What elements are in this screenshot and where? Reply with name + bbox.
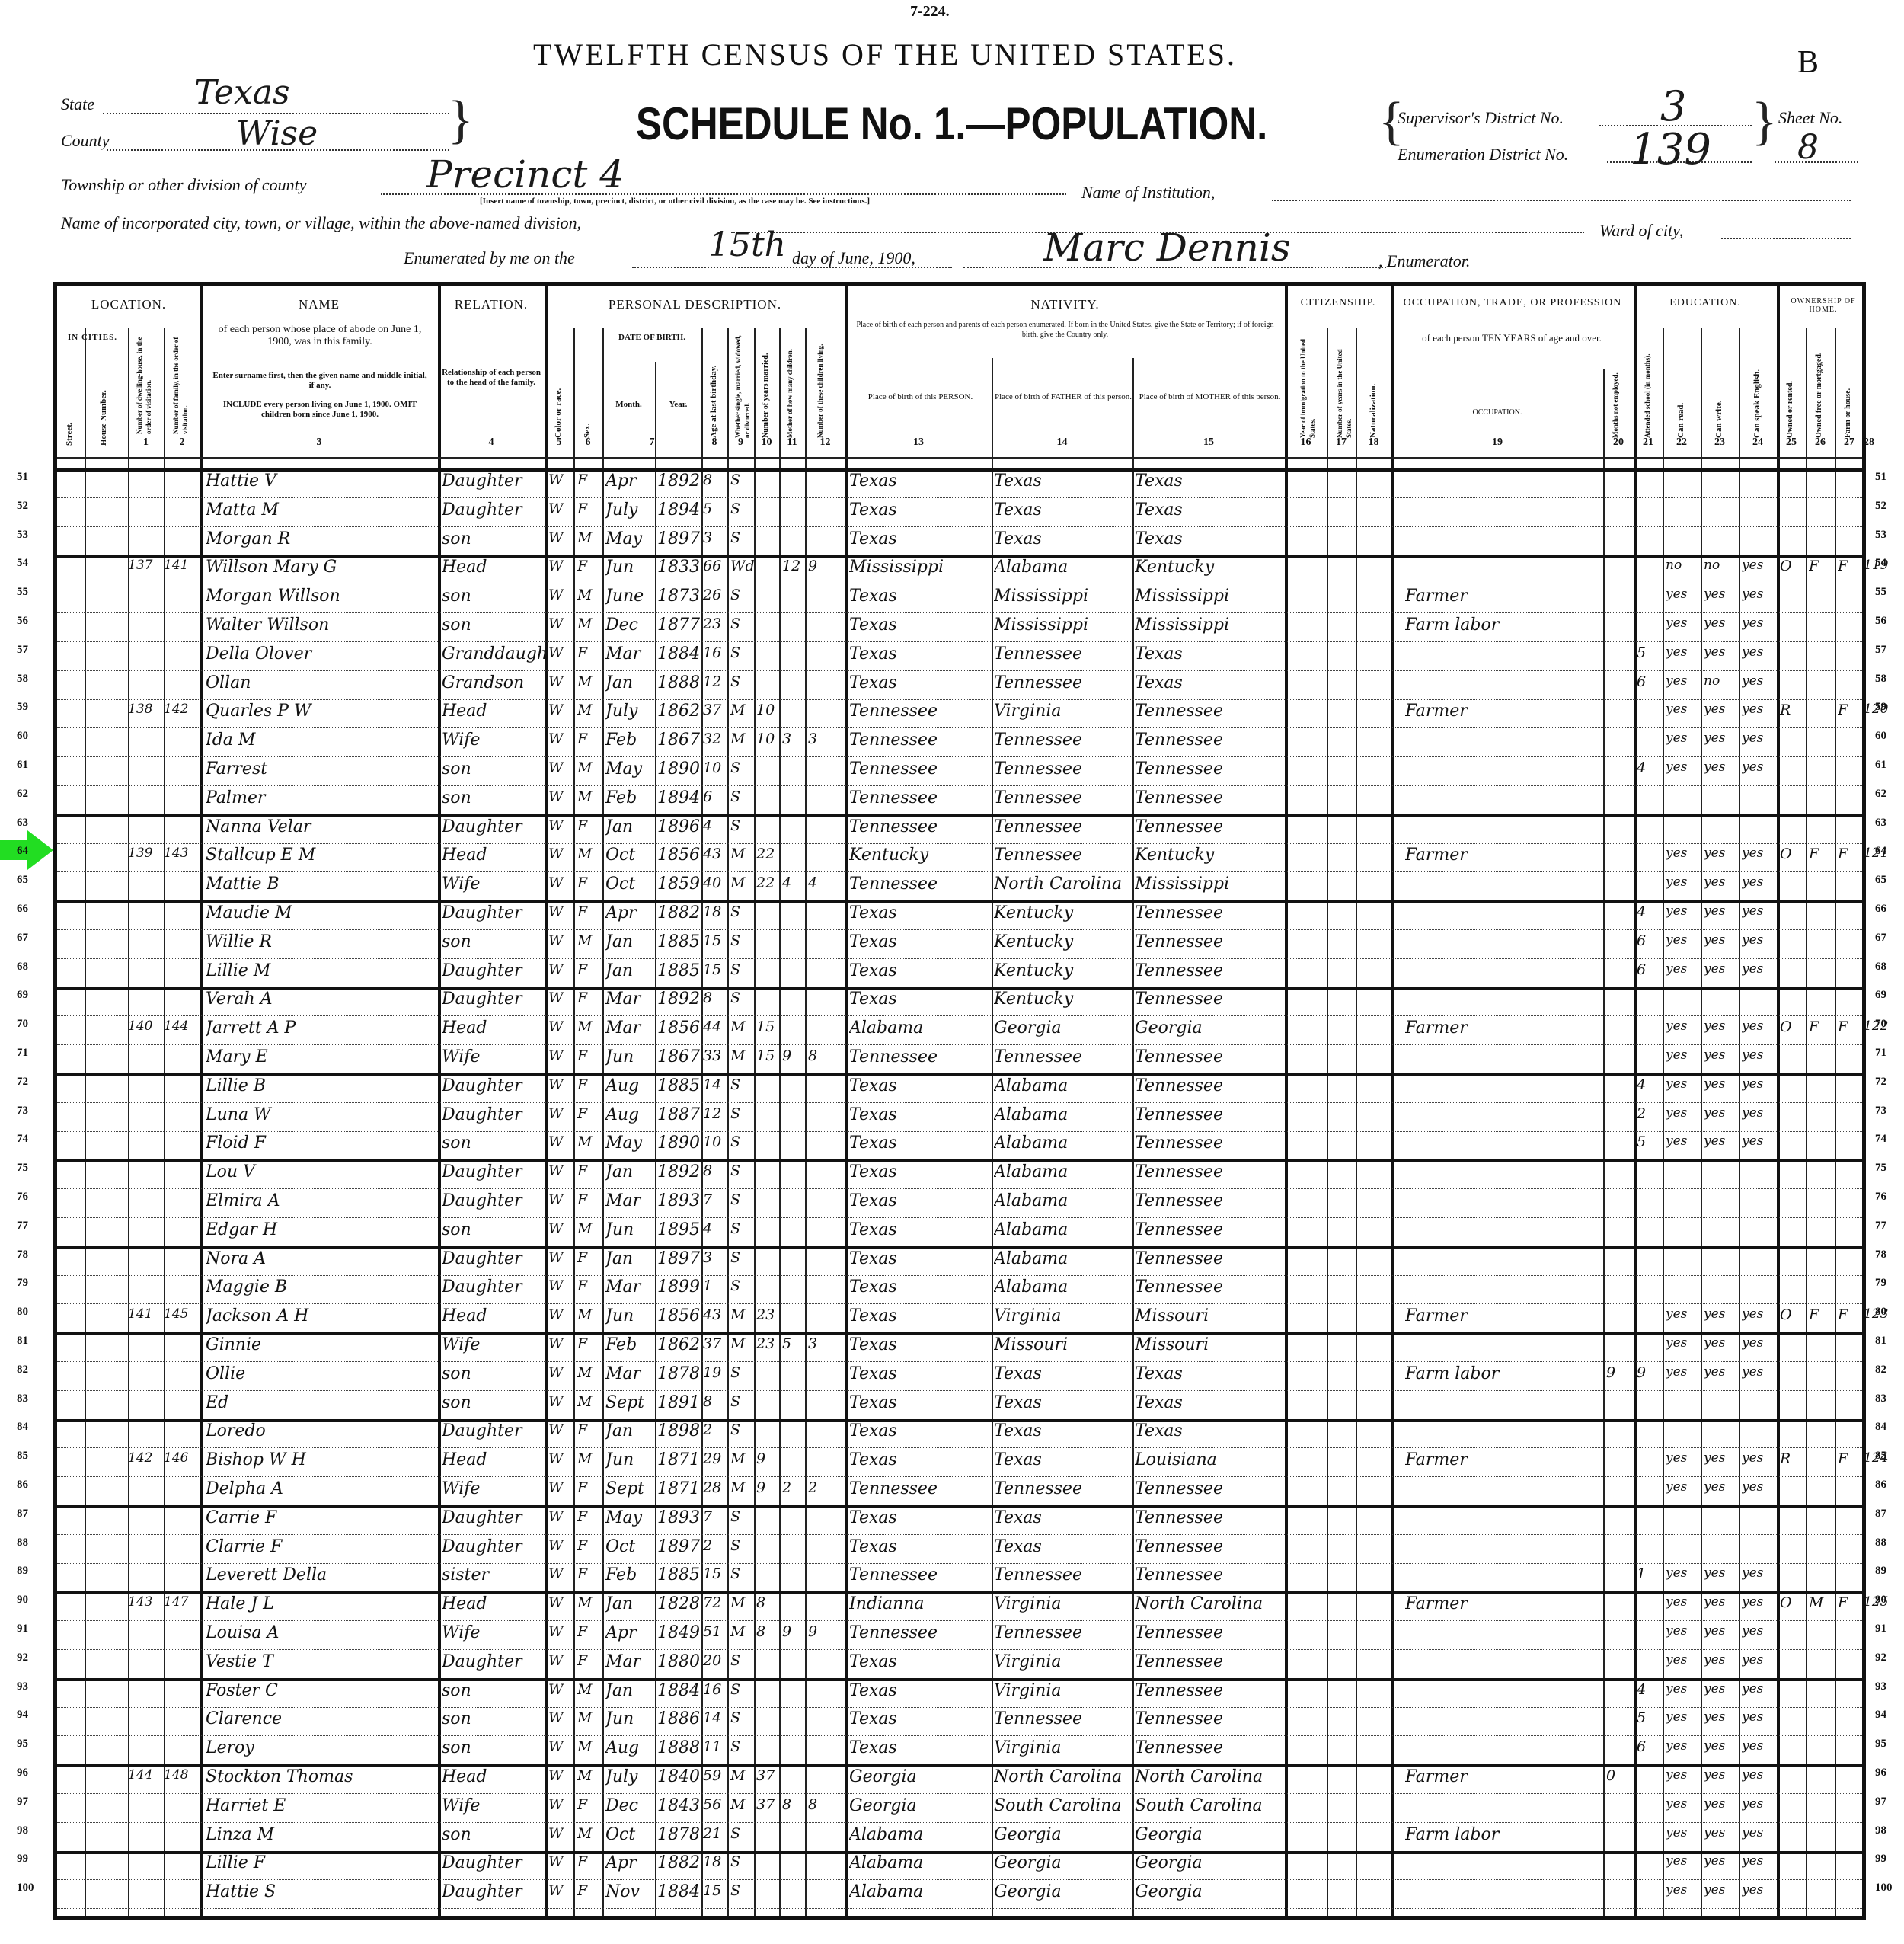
relationship-cell: Daughter <box>442 500 545 520</box>
can-read-cell: yes <box>1666 1825 1701 1840</box>
dwelling-number-cell: 138 <box>128 702 164 717</box>
family-number-cell: 141 <box>164 558 200 573</box>
birth-year-cell: 1892 <box>657 990 701 1009</box>
ed-label: Enumeration District No. <box>1398 145 1568 165</box>
birthplace-father-cell: Virginia <box>994 1738 1132 1757</box>
ward-label: Ward of city, <box>1599 221 1683 241</box>
line-number-left: 83 <box>17 1392 28 1405</box>
birthplace-mother-cell: Tennessee <box>1135 990 1285 1009</box>
farm-or-house-cell: F <box>1838 1594 1864 1611</box>
birth-month-cell: Apr <box>605 472 655 491</box>
table-row: Hattie VDaughterWFApr18928STexasTexasTex… <box>57 468 1862 498</box>
line-number-right: 88 <box>1875 1536 1886 1549</box>
age-cell: 4 <box>703 817 727 834</box>
birthplace-person-cell: Texas <box>849 587 992 606</box>
column-number: 6 <box>573 436 602 449</box>
person-name-cell: Hattie S <box>206 1882 434 1901</box>
farm-or-house-cell: F <box>1838 846 1864 862</box>
birthplace-father-cell: Kentucky <box>994 961 1132 980</box>
dwelling-number-cell: 137 <box>128 558 164 573</box>
birthplace-father-cell: Virginia <box>994 1681 1132 1700</box>
table-row: Maudie MDaughterWFApr188218STexasKentuck… <box>57 900 1862 930</box>
can-write-cell: yes <box>1704 1047 1739 1063</box>
farm-house-heading: Farm or house. <box>1844 369 1853 438</box>
age-cell: 51 <box>703 1623 727 1640</box>
birthplace-person-cell: Texas <box>849 1652 992 1671</box>
age-cell: 15 <box>703 932 727 949</box>
can-write-cell: yes <box>1704 903 1739 919</box>
birthplace-mother-cell: Tennessee <box>1135 731 1285 750</box>
birth-month-cell: Feb <box>605 1565 655 1584</box>
personal-description-heading: PERSONAL DESCRIPTION. <box>545 297 845 312</box>
occupation-cell: Farm labor <box>1405 1364 1603 1383</box>
table-row: Lillie MDaughterWFJan188515STexasKentuck… <box>57 958 1862 990</box>
line-number-left: 71 <box>17 1047 28 1060</box>
person-name-cell: Ida M <box>206 731 434 750</box>
table-row: Nanna VelarDaughterWFJan18964STennesseeT… <box>57 814 1862 844</box>
can-speak-english-cell: yes <box>1742 1479 1777 1495</box>
color-race-cell: W <box>548 1565 573 1582</box>
ed-value: 139 <box>1630 125 1711 174</box>
farm-or-house-cell: F <box>1838 1306 1864 1323</box>
birthplace-mother-cell: Tennessee <box>1135 1537 1285 1556</box>
years-married-cell: 10 <box>756 731 779 747</box>
relationship-cell: Daughter <box>442 990 545 1009</box>
age-cell: 2 <box>703 1421 727 1438</box>
table-row: OllanGrandsonWMJan188812STexasTennesseeT… <box>57 670 1862 700</box>
nativity-subheading: Place of birth of each person and parent… <box>849 320 1281 340</box>
birth-year-cell: 1899 <box>657 1277 701 1297</box>
can-speak-english-cell: yes <box>1742 846 1777 861</box>
birthplace-person-cell: Alabama <box>849 1853 992 1872</box>
sex-heading: Sex. <box>583 408 592 438</box>
table-row: Edgar HsonWMJun18954STexasAlabamaTenness… <box>57 1217 1862 1249</box>
can-read-cell: yes <box>1666 1565 1701 1581</box>
marital-status-cell: S <box>730 990 754 1006</box>
sex-cell: F <box>577 1479 602 1496</box>
line-number-left: 98 <box>17 1824 28 1837</box>
relationship-cell: Grandson <box>442 673 545 692</box>
birth-month-cell: Jun <box>605 1450 655 1469</box>
sex-cell: F <box>577 1162 602 1179</box>
dwelling-number-cell: 143 <box>128 1594 164 1610</box>
years-married-heading: Number of years married. <box>762 331 771 438</box>
line-number-left: 51 <box>17 471 28 484</box>
birth-year-cell: 1880 <box>657 1652 701 1671</box>
birth-month-cell: Jan <box>605 1249 655 1268</box>
relationship-cell: Wife <box>442 1479 545 1498</box>
line-number-left: 89 <box>17 1565 28 1578</box>
owned-free-heading: Owned free or mortgaged. <box>1815 331 1824 438</box>
birthplace-person-cell: Tennessee <box>849 1047 992 1066</box>
occupation-cell: Farmer <box>1405 1767 1603 1786</box>
color-race-cell: W <box>548 1220 573 1237</box>
birthplace-father-cell: Tennessee <box>994 731 1132 750</box>
age-cell: 7 <box>703 1191 727 1208</box>
table-row: 137141Willson Mary GHeadWFJun183366Wd129… <box>57 555 1862 584</box>
line-number-right: 62 <box>1875 788 1886 801</box>
birth-month-cell: Jun <box>605 1047 655 1066</box>
column-number: 2 <box>164 436 200 449</box>
can-write-cell: yes <box>1704 1681 1739 1696</box>
color-race-cell: W <box>548 1508 573 1525</box>
birthplace-mother-cell: Tennessee <box>1135 903 1285 922</box>
birthplace-father-cell: Texas <box>994 472 1132 491</box>
can-speak-english-cell: yes <box>1742 1306 1777 1322</box>
marital-status-cell: S <box>730 644 754 661</box>
relationship-cell: Head <box>442 1594 545 1613</box>
birthplace-person-cell: Texas <box>849 472 992 491</box>
marital-status-cell: S <box>730 1105 754 1122</box>
can-read-cell: yes <box>1666 702 1701 717</box>
sheet-label: Sheet No. <box>1778 108 1842 128</box>
age-cell: 59 <box>703 1767 727 1784</box>
birthplace-father-cell: Texas <box>994 1537 1132 1556</box>
table-row: Linza MsonWMOct187821SAlabamaGeorgiaGeor… <box>57 1822 1862 1854</box>
birth-year-cell: 1897 <box>657 1537 701 1556</box>
can-write-cell: yes <box>1704 615 1739 631</box>
owned-or-rented-cell: O <box>1780 1306 1806 1323</box>
birthplace-person-cell: Tennessee <box>849 874 992 894</box>
birthplace-father-cell: Texas <box>994 1450 1132 1469</box>
sex-cell: M <box>577 1825 602 1842</box>
birth-month-cell: Jan <box>605 673 655 692</box>
marital-status-cell: S <box>730 615 754 632</box>
table-row: Maggie BDaughterWFMar18991STexasAlabamaT… <box>57 1274 1862 1304</box>
column-number: 23 <box>1701 436 1739 449</box>
years-married-cell: 37 <box>756 1767 779 1784</box>
age-cell: 8 <box>703 990 727 1006</box>
marital-status-cell: S <box>730 1508 754 1525</box>
years-married-cell: 8 <box>756 1594 779 1611</box>
occupation-cell: Farm labor <box>1405 1825 1603 1844</box>
birthplace-person-cell: Texas <box>849 1738 992 1757</box>
children-living-cell: 3 <box>808 1335 842 1352</box>
birthplace-father-cell: Texas <box>994 1508 1132 1527</box>
children-living-cell: 9 <box>808 1623 842 1640</box>
can-read-cell: yes <box>1666 1796 1701 1811</box>
age-cell: 56 <box>703 1796 727 1813</box>
birthplace-person-cell: Texas <box>849 1537 992 1556</box>
birth-month-cell: Jan <box>605 1681 655 1700</box>
relationship-cell: Daughter <box>442 1421 545 1440</box>
attended-school-cell: 2 <box>1637 1105 1663 1122</box>
line-number-right: 56 <box>1875 615 1886 628</box>
color-race-cell: W <box>548 817 573 834</box>
attended-school-cell: 5 <box>1637 644 1663 661</box>
line-number-left: 79 <box>17 1277 28 1290</box>
city-label: Name of incorporated city, town, or vill… <box>61 213 581 233</box>
age-cell: 15 <box>703 961 727 978</box>
person-name-cell: Vestie T <box>206 1652 434 1671</box>
birthplace-father-cell: Tennessee <box>994 817 1132 836</box>
line-number-right: 59 <box>1875 701 1886 714</box>
person-name-cell: Stockton Thomas <box>206 1767 434 1786</box>
birthplace-father-cell: Tennessee <box>994 644 1132 663</box>
birth-month-cell: Mar <box>605 1191 655 1210</box>
birthplace-father-cell: Alabama <box>994 1133 1132 1153</box>
birthplace-father-cell: Alabama <box>994 558 1132 577</box>
person-name-cell: Hattie V <box>206 472 434 491</box>
owned-rented-heading: Owned or rented. <box>1786 362 1795 438</box>
color-race-cell: W <box>548 731 573 747</box>
age-cell: 15 <box>703 1565 727 1582</box>
color-race-cell: W <box>548 1393 573 1410</box>
line-number-left: 61 <box>17 759 28 772</box>
enumerated-day: 15th <box>708 225 786 264</box>
column-number: 13 <box>845 436 992 449</box>
sex-cell: F <box>577 1191 602 1208</box>
owned-or-rented-cell: R <box>1780 1450 1806 1467</box>
table-row: 143147Hale J LHeadWMJan182872M8IndiannaV… <box>57 1591 1862 1621</box>
enumerated-label: Enumerated by me on the <box>404 248 575 268</box>
line-number-right: 58 <box>1875 673 1886 686</box>
person-name-cell: Nanna Velar <box>206 817 434 836</box>
age-cell: 2 <box>703 1537 727 1554</box>
institution-label: Name of Institution, <box>1081 183 1215 203</box>
age-cell: 15 <box>703 1882 727 1899</box>
occupation-cell: Farmer <box>1405 1450 1603 1469</box>
enumerator-name: Marc Dennis <box>1043 225 1291 270</box>
age-cell: 19 <box>703 1364 727 1381</box>
marital-status-cell: S <box>730 472 754 488</box>
years-married-cell: 8 <box>756 1623 779 1640</box>
line-number-left: 90 <box>17 1594 28 1607</box>
birth-year-cell: 1862 <box>657 1335 701 1354</box>
birthplace-person-cell: Kentucky <box>849 846 992 865</box>
relationship-cell: Daughter <box>442 472 545 491</box>
birth-month-cell: Jan <box>605 961 655 980</box>
line-number-right: 99 <box>1875 1853 1886 1866</box>
marital-status-cell: M <box>730 1594 754 1611</box>
sex-cell: M <box>577 702 602 718</box>
can-write-cell: yes <box>1704 702 1739 717</box>
children-living-cell: 9 <box>808 558 842 574</box>
relationship-cell: son <box>442 932 545 951</box>
birthplace-father-cell: Tennessee <box>994 1479 1132 1498</box>
person-name-cell: Quarles P W <box>206 702 434 721</box>
relationship-cell: Daughter <box>442 903 545 922</box>
person-name-cell: Delpha A <box>206 1479 434 1498</box>
birthplace-mother-cell: Kentucky <box>1135 558 1285 577</box>
birth-year-cell: 1888 <box>657 673 701 692</box>
attended-school-cell: 6 <box>1637 1738 1663 1755</box>
can-speak-english-cell: yes <box>1742 961 1777 977</box>
person-name-cell: Lillie M <box>206 961 434 980</box>
relationship-cell: son <box>442 1393 545 1412</box>
birth-month-cell: July <box>605 500 655 520</box>
can-read-cell: yes <box>1666 1364 1701 1380</box>
marital-status-cell: M <box>730 1796 754 1813</box>
table-row: 140144Jarrett A PHeadWMMar185644M15Alaba… <box>57 1015 1862 1045</box>
birth-month-cell: Feb <box>605 731 655 750</box>
birth-month-cell: Jun <box>605 1220 655 1239</box>
birth-month-cell: Sept <box>605 1393 655 1412</box>
age-cell: 40 <box>703 874 727 891</box>
birth-year-cell: 1828 <box>657 1594 701 1613</box>
age-cell: 23 <box>703 615 727 632</box>
column-number: 15 <box>1132 436 1285 449</box>
birth-year-cell: 1867 <box>657 731 701 750</box>
age-cell: 37 <box>703 702 727 718</box>
age-cell: 6 <box>703 788 727 805</box>
can-write-cell: yes <box>1704 1565 1739 1581</box>
birth-month-cell: May <box>605 1508 655 1527</box>
marital-status-cell: Wd <box>730 558 754 574</box>
birthplace-father-cell: Texas <box>994 500 1132 520</box>
sex-cell: F <box>577 500 602 517</box>
birth-year-cell: 1892 <box>657 1162 701 1181</box>
birthplace-person-cell: Texas <box>849 1421 992 1440</box>
birthplace-person-cell: Texas <box>849 1105 992 1124</box>
color-race-cell: W <box>548 932 573 949</box>
marital-status-cell: S <box>730 1364 754 1381</box>
age-cell: 21 <box>703 1825 727 1842</box>
line-number-right: 87 <box>1875 1508 1886 1520</box>
line-number-right: 67 <box>1875 932 1886 945</box>
relationship-cell: son <box>442 1825 545 1844</box>
relationship-cell: son <box>442 788 545 807</box>
color-race-cell: W <box>548 1191 573 1208</box>
marital-status-cell: M <box>730 1018 754 1035</box>
farm-or-house-cell: F <box>1838 1450 1864 1467</box>
table-row: EdsonWMSept18918STexasTexasTexas <box>57 1390 1862 1422</box>
years-married-cell: 23 <box>756 1335 779 1352</box>
line-number-left: 73 <box>17 1105 28 1117</box>
age-cell: 44 <box>703 1018 727 1035</box>
relationship-cell: Wife <box>442 874 545 894</box>
birthplace-father-cell: Tennessee <box>994 759 1132 779</box>
birth-year-cell: 1890 <box>657 1133 701 1153</box>
can-speak-english-cell: yes <box>1742 615 1777 631</box>
birth-year-cell: 1849 <box>657 1623 701 1642</box>
can-read-cell: yes <box>1666 1594 1701 1610</box>
line-number-right: 92 <box>1875 1651 1886 1664</box>
birthplace-person-cell: Tennessee <box>849 817 992 836</box>
birthplace-mother-cell: Texas <box>1135 472 1285 491</box>
family-number-cell: 146 <box>164 1450 200 1466</box>
birth-year-cell: 1894 <box>657 788 701 807</box>
relationship-cell: Head <box>442 558 545 577</box>
name-instruction-2: INCLUDE every person living on June 1, 1… <box>209 400 430 420</box>
attended-school-cell: 6 <box>1637 961 1663 978</box>
line-number-right: 86 <box>1875 1479 1886 1492</box>
owned-or-rented-cell: O <box>1780 558 1806 574</box>
age-cell: 4 <box>703 1220 727 1237</box>
birthplace-mother-cell: Tennessee <box>1135 1105 1285 1124</box>
marital-status-cell: S <box>730 759 754 776</box>
line-number-right: 83 <box>1875 1392 1886 1405</box>
line-number-right: 74 <box>1875 1133 1886 1146</box>
line-number-right: 85 <box>1875 1450 1886 1463</box>
sex-cell: F <box>577 1335 602 1352</box>
person-name-cell: Leverett Della <box>206 1565 434 1584</box>
sex-cell: F <box>577 1076 602 1093</box>
color-race-cell: W <box>548 1853 573 1870</box>
relationship-cell: son <box>442 615 545 635</box>
color-race-cell: W <box>548 759 573 776</box>
birthplace-mother-cell: Georgia <box>1135 1825 1285 1844</box>
sex-cell: M <box>577 1306 602 1323</box>
line-number-right: 64 <box>1875 845 1886 858</box>
table-row: Floid FsonWMMay189010STexasAlabamaTennes… <box>57 1130 1862 1162</box>
color-race-cell: W <box>548 587 573 603</box>
children-living-cell: 3 <box>808 731 842 747</box>
birthplace-person-cell: Texas <box>849 615 992 635</box>
relationship-cell: Daughter <box>442 817 545 836</box>
enumerator-label: , Enumerator. <box>1378 251 1470 271</box>
relationship-cell: Daughter <box>442 961 545 980</box>
line-number-right: 91 <box>1875 1623 1886 1635</box>
color-race-cell: W <box>548 1825 573 1842</box>
birthplace-person-cell: Georgia <box>849 1767 992 1786</box>
form-number: 7-224. <box>910 3 950 21</box>
table-row: Lou VDaughterWFJan18928STexasAlabamaTenn… <box>57 1159 1862 1189</box>
name-heading: NAME <box>200 297 438 312</box>
table-row: 138142Quarles P WHeadWMJuly186237M10Tenn… <box>57 699 1862 728</box>
birthplace-mother-cell: Tennessee <box>1135 1565 1285 1584</box>
can-speak-english-cell: yes <box>1742 1652 1777 1667</box>
birthplace-mother-cell: Kentucky <box>1135 846 1285 865</box>
marital-status-cell: M <box>730 1450 754 1467</box>
birth-year-cell: 1871 <box>657 1479 701 1498</box>
color-race-cell: W <box>548 615 573 632</box>
sex-cell: F <box>577 1652 602 1669</box>
can-read-cell: yes <box>1666 673 1701 689</box>
birth-month-cell: Jan <box>605 932 655 951</box>
occupation-cell: Farmer <box>1405 1594 1603 1613</box>
table-row: Lillie FDaughterWFApr188218SAlabamaGeorg… <box>57 1850 1862 1880</box>
owned-or-rented-cell: R <box>1780 702 1806 718</box>
birthplace-father-cell: Alabama <box>994 1249 1132 1268</box>
birthplace-father-cell: Alabama <box>994 1105 1132 1124</box>
citizenship-heading: CITIZENSHIP. <box>1285 297 1391 309</box>
years-married-cell: 22 <box>756 846 779 862</box>
family-number-cell: 145 <box>164 1306 200 1322</box>
marital-status-cell: S <box>730 1652 754 1669</box>
line-number-left: 85 <box>17 1450 28 1463</box>
ward-line <box>1721 238 1851 239</box>
person-name-cell: Lillie F <box>206 1853 434 1872</box>
family-number-cell: 143 <box>164 846 200 861</box>
attended-school-cell: 9 <box>1637 1364 1663 1381</box>
table-row: 142146Bishop W HHeadWMJun187129M9TexasTe… <box>57 1447 1862 1477</box>
can-speak-english-cell: yes <box>1742 673 1777 689</box>
age-cell: 12 <box>703 673 727 690</box>
birthplace-father-cell: Kentucky <box>994 990 1132 1009</box>
can-speak-english-cell: yes <box>1742 1565 1777 1581</box>
can-write-cell: yes <box>1704 587 1739 602</box>
birthplace-father-cell: North Carolina <box>994 1767 1132 1786</box>
line-number-left: 54 <box>17 557 28 570</box>
can-speak-english-cell: yes <box>1742 1825 1777 1840</box>
line-number-right: 81 <box>1875 1335 1886 1348</box>
can-speak-english-cell: yes <box>1742 874 1777 890</box>
sex-cell: F <box>577 644 602 661</box>
can-speak-english-cell: yes <box>1742 1853 1777 1869</box>
birthplace-father-cell: Georgia <box>994 1853 1132 1872</box>
person-name-cell: Verah A <box>206 990 434 1009</box>
birthplace-father-cell: Texas <box>994 529 1132 548</box>
birth-month-cell: Aug <box>605 1076 655 1095</box>
birthplace-father-cell: Virginia <box>994 1594 1132 1613</box>
occupation-cell: Farmer <box>1405 1306 1603 1325</box>
relationship-cell: Daughter <box>442 1277 545 1297</box>
birth-month-cell: Apr <box>605 903 655 922</box>
birthplace-mother-cell: Tennessee <box>1135 1508 1285 1527</box>
person-name-cell: Jackson A H <box>206 1306 434 1325</box>
line-number-left: 58 <box>17 673 28 686</box>
